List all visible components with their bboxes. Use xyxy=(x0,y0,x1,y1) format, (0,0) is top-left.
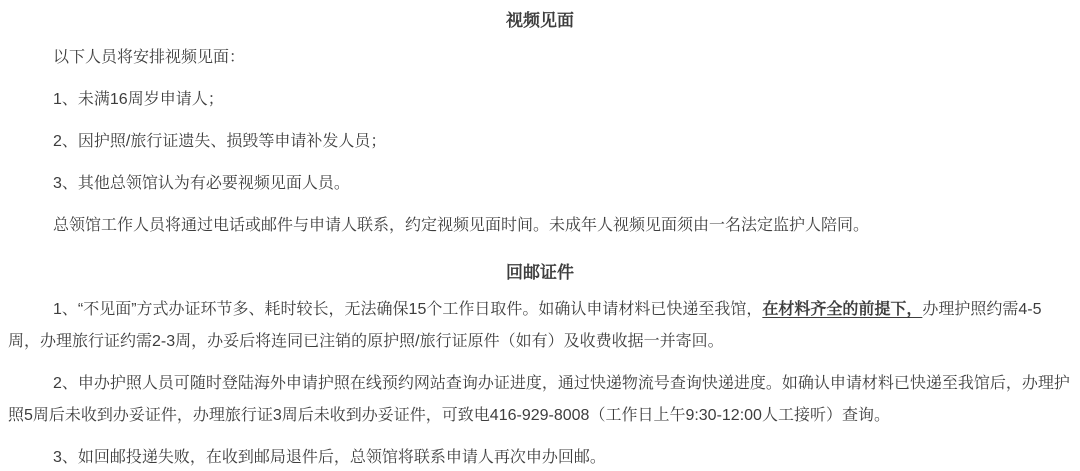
emphasized-text: 在材料齐全的前提下， xyxy=(762,301,922,318)
text-segment: 总领馆工作人员将通过电话或邮件与申请人联系，约定视频见面时间。未成年人视频见面须… xyxy=(53,217,869,234)
text-segment: 1、未满16周岁申请人； xyxy=(53,91,224,108)
document-body: 视频见面以下人员将安排视频见面：1、未满16周岁申请人；2、因护照/旅行证遗失、… xyxy=(0,0,1080,471)
paragraph: 3、其他总领馆认为有必要视频见面人员。 xyxy=(8,168,1072,200)
paragraph: 1、“不见面”方式办证环节多、耗时较长，无法确保15个工作日取件。如确认申请材料… xyxy=(8,294,1072,358)
text-segment: 2、申办护照人员可随时登陆海外申请护照在线预约网站查询办证进度，通过快递物流号查… xyxy=(8,375,1070,424)
paragraph: 2、因护照/旅行证遗失、损毁等申请补发人员； xyxy=(8,126,1072,158)
paragraph: 3、如回邮投递失败，在收到邮局退件后，总领馆将联系申请人再次申办回邮。 xyxy=(8,442,1072,471)
text-segment: 1、“不见面”方式办证环节多、耗时较长，无法确保15个工作日取件。如确认申请材料… xyxy=(53,301,762,318)
section-title: 回邮证件 xyxy=(8,262,1072,284)
paragraph: 总领馆工作人员将通过电话或邮件与申请人联系，约定视频见面时间。未成年人视频见面须… xyxy=(8,210,1072,242)
text-segment: 2、因护照/旅行证遗失、损毁等申请补发人员； xyxy=(53,133,386,150)
text-segment: 3、其他总领馆认为有必要视频见面人员。 xyxy=(53,175,350,192)
section-title: 视频见面 xyxy=(8,10,1072,32)
paragraph: 1、未满16周岁申请人； xyxy=(8,84,1072,116)
text-segment: 以下人员将安排视频见面： xyxy=(53,49,245,66)
paragraph: 2、申办护照人员可随时登陆海外申请护照在线预约网站查询办证进度，通过快递物流号查… xyxy=(8,368,1072,432)
paragraph: 以下人员将安排视频见面： xyxy=(8,42,1072,74)
text-segment: 3、如回邮投递失败，在收到邮局退件后，总领馆将联系申请人再次申办回邮。 xyxy=(53,449,606,466)
